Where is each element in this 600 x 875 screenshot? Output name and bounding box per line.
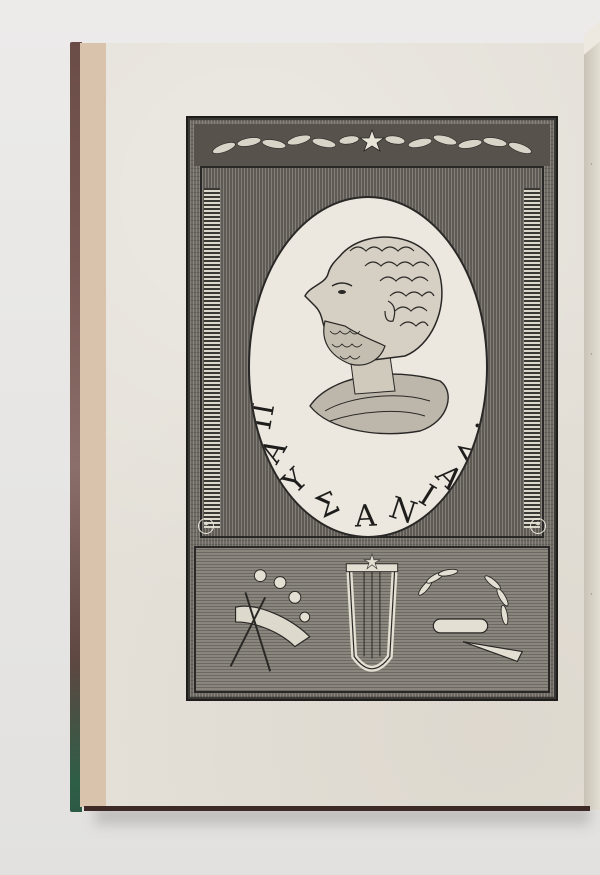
- caption-letter: Α: [353, 498, 378, 534]
- caption-letter: .: [467, 412, 488, 433]
- portrait-oval: Π Α Υ Σ Α Ν Ι Α Σ .: [248, 196, 488, 538]
- facing-page-mark: ·: [590, 590, 593, 600]
- scroll-icon: [433, 619, 487, 633]
- caption-arc: Π Α Υ Σ Α Ν Ι Α Σ .: [250, 198, 488, 538]
- star-medallion-icon: ✶: [198, 518, 214, 534]
- engraved-frontispiece: ✶ ✶: [186, 116, 558, 701]
- flyleaf: [80, 43, 107, 807]
- facing-page-edge: [584, 40, 600, 810]
- laurel-garland-icon: [194, 124, 550, 166]
- laurel-branch-icon: [417, 568, 510, 625]
- cornucopia-icon: [231, 570, 310, 672]
- facing-page-mark: ·: [590, 350, 593, 360]
- trumpet-icon: [463, 642, 522, 662]
- star-medallion-icon: ✶: [530, 518, 546, 534]
- allegory-icons: [196, 548, 548, 691]
- allegorical-panel: [194, 546, 550, 693]
- facing-page-mark: ·: [590, 160, 593, 170]
- caption-letter: Σ: [311, 485, 345, 526]
- book-board-edge: [84, 806, 590, 811]
- caption-letter: Ν: [385, 490, 421, 531]
- left-ornamental-rail: [204, 188, 220, 528]
- right-ornamental-rail: [524, 188, 540, 528]
- lyre-icon: [346, 554, 397, 669]
- caption-letter: Π: [250, 400, 282, 432]
